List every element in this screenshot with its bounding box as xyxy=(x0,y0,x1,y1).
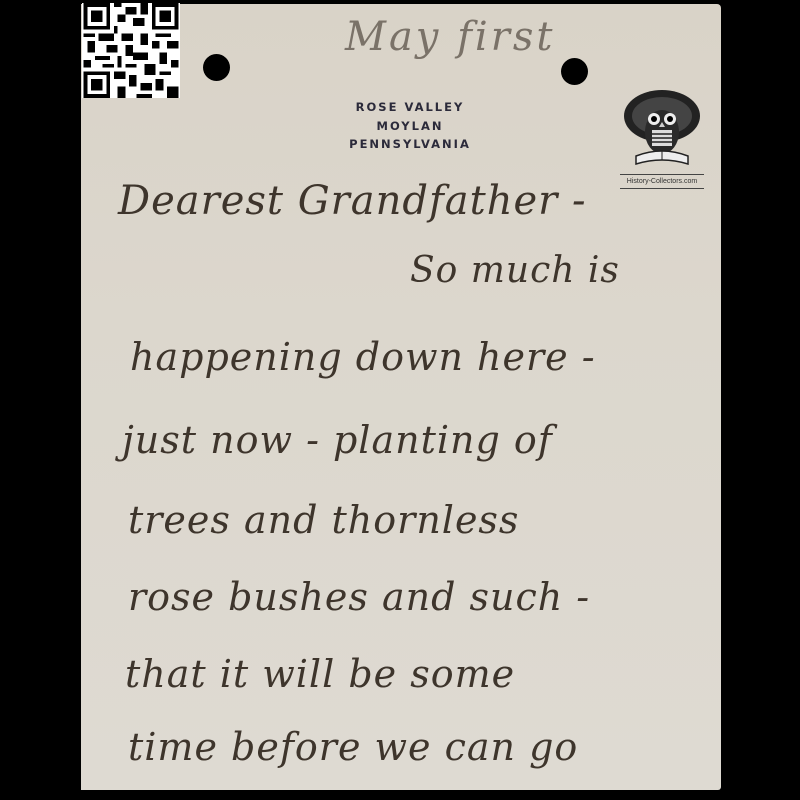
letter-line: rose bushes and such - xyxy=(128,575,590,619)
qr-code-icon xyxy=(82,3,180,98)
binder-hole-right xyxy=(561,58,588,85)
letter-line: just now - planting of xyxy=(122,418,553,462)
binder-hole-left xyxy=(203,54,230,81)
letterhead-line-3: PENNSYLVANIA xyxy=(330,135,490,154)
salutation: Dearest Grandfather - xyxy=(118,178,587,224)
letterhead: ROSE VALLEY MOYLAN PENNSYLVANIA xyxy=(330,98,490,154)
letter-line: happening down here - xyxy=(130,335,596,379)
letter-line: time before we can go xyxy=(128,725,578,769)
handwritten-date: May first xyxy=(345,14,555,60)
letter-line: So much is xyxy=(410,250,620,291)
watermark: History-Collectors.com xyxy=(614,86,710,190)
letterhead-line-2: MOYLAN xyxy=(330,117,490,136)
letterhead-line-1: ROSE VALLEY xyxy=(330,98,490,117)
watermark-site: History-Collectors.com xyxy=(614,178,710,185)
letter-line: trees and thornless xyxy=(128,498,519,542)
divider xyxy=(620,174,704,175)
letter-line: that it will be some xyxy=(125,652,515,696)
divider xyxy=(620,188,704,189)
owl-on-book-icon xyxy=(614,86,710,172)
